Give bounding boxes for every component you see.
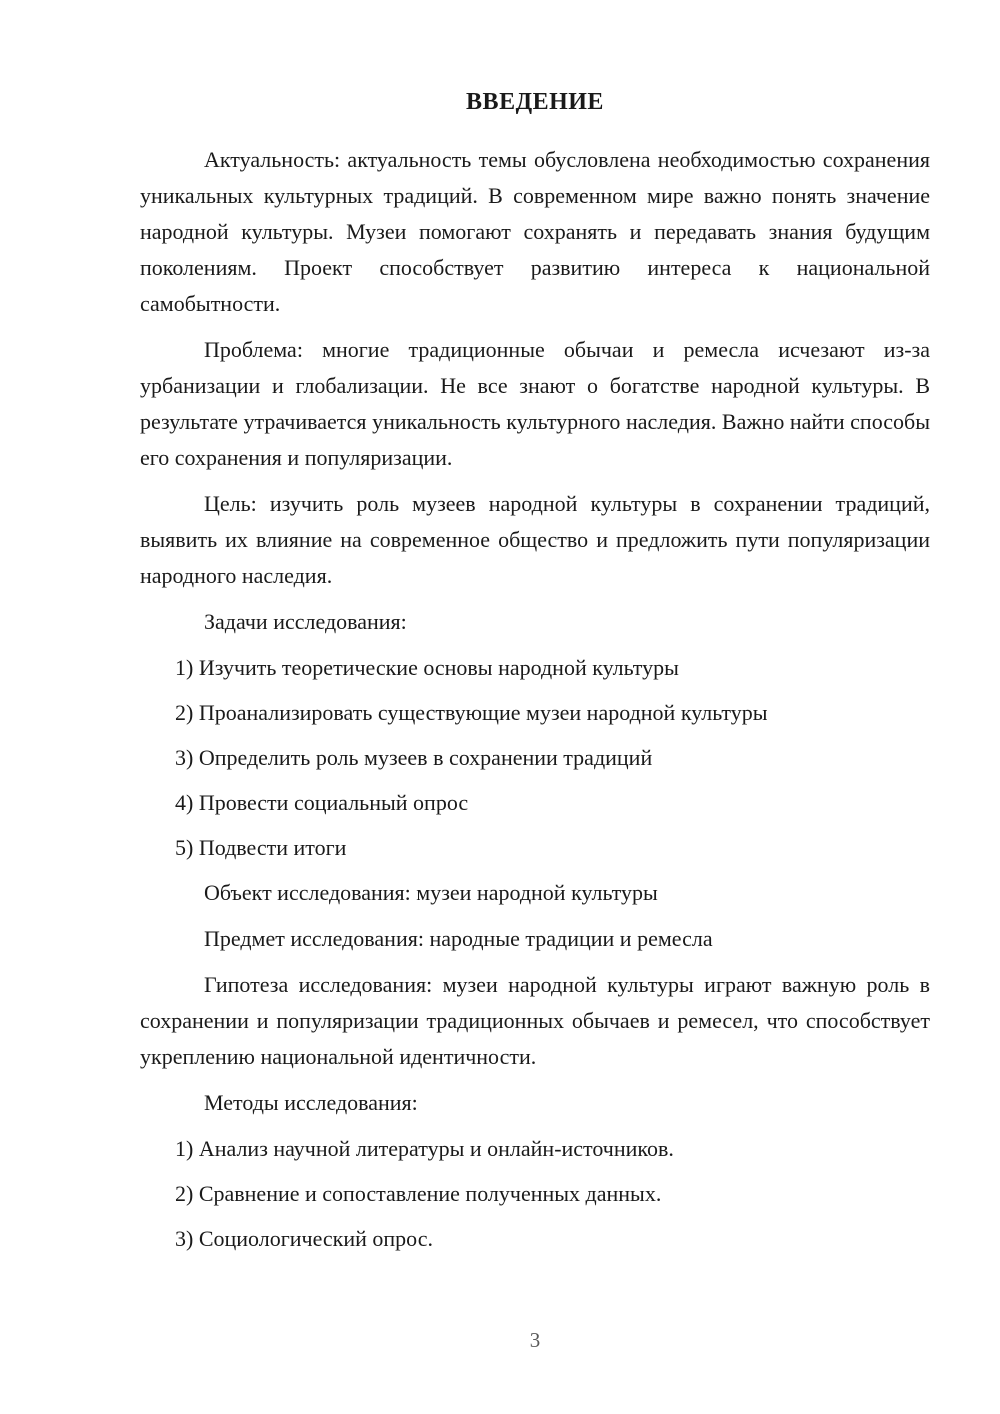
document-page: ВВЕДЕНИЕ Актуальность: актуальность темы… [0, 0, 1000, 1414]
task-item: 4) Провести социальный опрос [140, 785, 930, 821]
task-item: 5) Подвести итоги [140, 830, 930, 866]
page-number: 3 [140, 1326, 930, 1354]
task-item: 1) Изучить теоретические основы народной… [140, 650, 930, 686]
page-title: ВВЕДЕНИЕ [140, 88, 930, 116]
paragraph-object: Объект исследования: музеи народной куль… [140, 875, 930, 911]
paragraph-actuality: Актуальность: актуальность темы обусловл… [140, 142, 930, 322]
method-item: 3) Социологический опрос. [140, 1221, 930, 1257]
methods-heading: Методы исследования: [140, 1085, 930, 1121]
task-item: 3) Определить роль музеев в сохранении т… [140, 740, 930, 776]
paragraph-subject: Предмет исследования: народные традиции … [140, 921, 930, 957]
paragraph-goal: Цель: изучить роль музеев народной культ… [140, 486, 930, 594]
page-content: ВВЕДЕНИЕ Актуальность: актуальность темы… [140, 88, 930, 1266]
tasks-heading: Задачи исследования: [140, 604, 930, 640]
task-item: 2) Проанализировать существующие музеи н… [140, 695, 930, 731]
method-item: 2) Сравнение и сопоставление полученных … [140, 1176, 930, 1212]
method-item: 1) Анализ научной литературы и онлайн-ис… [140, 1131, 930, 1167]
paragraph-problem: Проблема: многие традиционные обычаи и р… [140, 332, 930, 476]
paragraph-hypothesis: Гипотеза исследования: музеи народной ку… [140, 967, 930, 1075]
